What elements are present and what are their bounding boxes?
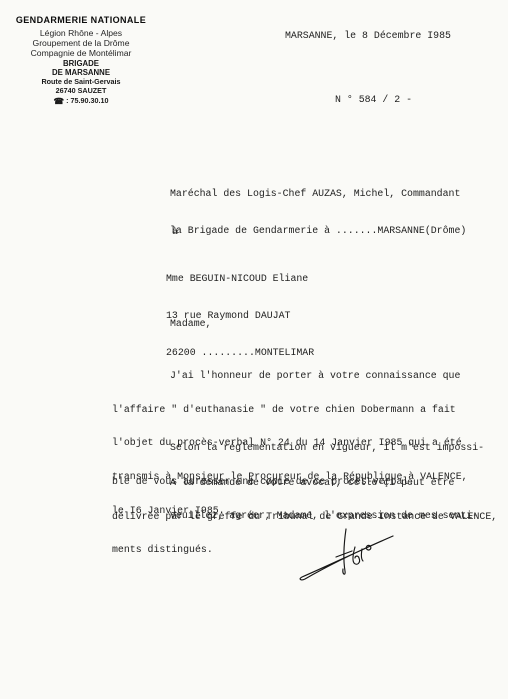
- signature-scrawl: [295, 525, 400, 587]
- body-line: A la demande de votre avocat, celle-çi p…: [112, 477, 497, 489]
- dateline: MARSANNE, le 8 Décembre I985: [285, 30, 451, 41]
- recipient-name: Mme BEGUIN-NICOUD Eliane: [166, 273, 314, 288]
- brigade-line: BRIGADE: [6, 59, 156, 68]
- sender-block: Maréchal des Logis-Chef AUZAS, Michel, C…: [170, 166, 466, 262]
- signature: [295, 525, 400, 587]
- street-line: Route de Saint-Gervais: [6, 77, 156, 86]
- body-line: J'ai l'honneur de porter à votre connais…: [112, 370, 468, 382]
- phone-line: ☎ : 75.90.30.10: [6, 96, 156, 107]
- body-line: Selon la réglementation en vigueur, il m…: [112, 442, 484, 454]
- letterhead-line-compagnie: Compagnie de Montélimar: [6, 48, 156, 58]
- body-line: Veuillez, agréer, Madame, l'expression d…: [112, 510, 478, 522]
- sender-line: Maréchal des Logis-Chef AUZAS, Michel, C…: [170, 188, 466, 203]
- sender-line: la Brigade de Gendarmerie à .......MARSA…: [170, 225, 466, 240]
- reference-number: N ° 584 / 2 -: [335, 94, 412, 105]
- letterhead: GENDARMERIE NATIONALE Légion Rhône - Alp…: [6, 15, 156, 107]
- salutation: Madame,: [170, 318, 211, 329]
- letter-page: GENDARMERIE NATIONALE Légion Rhône - Alp…: [0, 0, 508, 699]
- brigade-name-line: DE MARSANNE: [6, 68, 156, 77]
- phone-number: : 75.90.30.10: [64, 96, 108, 105]
- org-name: GENDARMERIE NATIONALE: [6, 15, 156, 26]
- letterhead-line-legion: Légion Rhône - Alpes: [6, 28, 156, 38]
- recipient-intro: à: [172, 226, 178, 237]
- telephone-icon: ☎: [54, 96, 65, 106]
- letterhead-line-groupement: Groupement de la Drôme: [6, 38, 156, 48]
- body-line: l'affaire " d'euthanasie " de votre chie…: [112, 404, 468, 416]
- postal-line: 26740 SAUZET: [6, 86, 156, 95]
